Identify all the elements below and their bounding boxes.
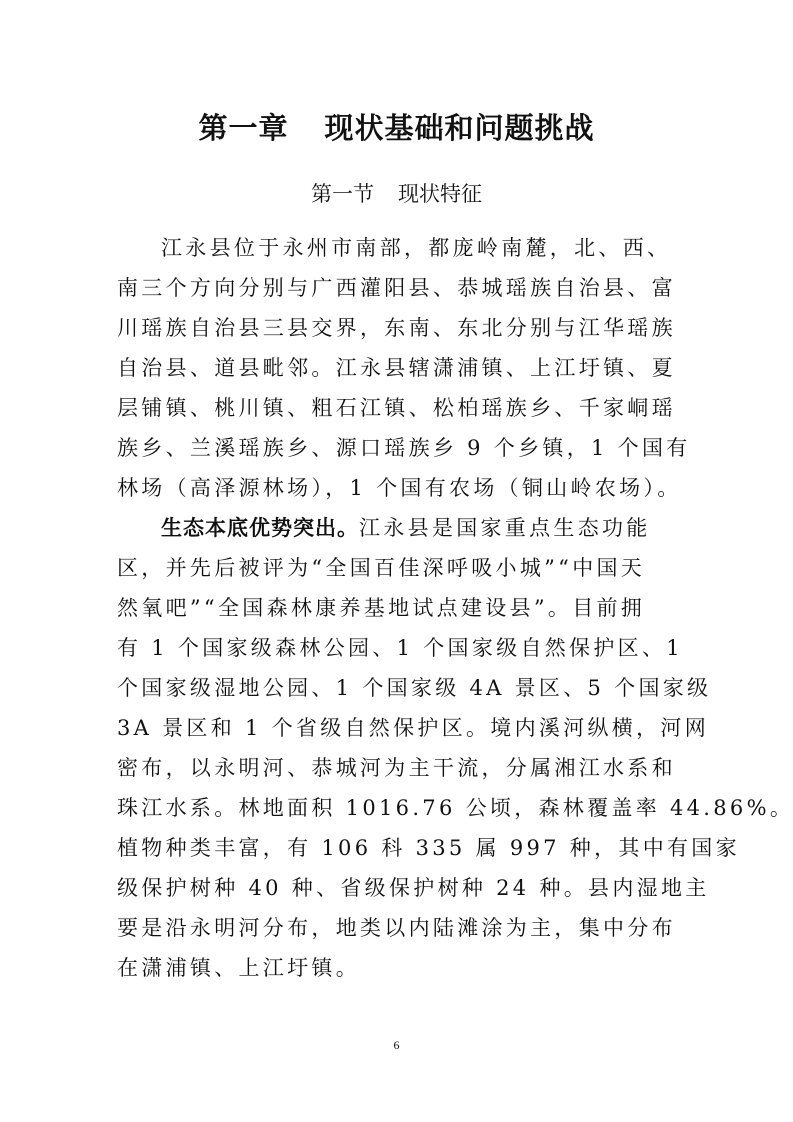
body-text: 江永县位于永州市南部，都庞岭南麓，北、西、 南三个方向分别与广西灌阳县、恭城瑶族… bbox=[117, 228, 679, 988]
text-line: 在潇浦镇、上江圩镇。 bbox=[117, 948, 679, 988]
chapter-number: 第一章 bbox=[198, 111, 288, 145]
section-name: 现状特征 bbox=[398, 182, 482, 206]
section-title: 第一节现状特征 bbox=[0, 178, 793, 208]
text-line: 族乡、兰溪瑶族乡、源口瑶族乡 9 个乡镇，1 个国有 bbox=[117, 428, 679, 468]
page-number: 6 bbox=[0, 1038, 793, 1053]
text-line: 区，并先后被评为“全国百佳深呼吸小城”“中国天 bbox=[117, 548, 679, 588]
text-line: 珠江水系。林地面积 1016.76 公顷，森林覆盖率 44.86%。 bbox=[117, 788, 679, 828]
text-line: 要是沿永明河分布，地类以内陆滩涂为主，集中分布 bbox=[117, 908, 679, 948]
text-line: 个国家级湿地公园、1 个国家级 4A 景区、5 个国家级 bbox=[117, 668, 679, 708]
chapter-title: 第一章现状基础和问题挑战 bbox=[0, 106, 793, 147]
text-line: 林场（高泽源林场），1 个国有农场（铜山岭农场）。 bbox=[117, 468, 679, 508]
text-line: 自治县、道县毗邻。江永县辖潇浦镇、上江圩镇、夏 bbox=[117, 348, 679, 388]
text-line: 3A 景区和 1 个省级自然保护区。境内溪河纵横，河网 bbox=[117, 708, 679, 748]
text-line: 植物种类丰富，有 106 科 335 属 997 种，其中有国家 bbox=[117, 828, 679, 868]
text-line: 川瑶族自治县三县交界，东南、东北分别与江华瑶族 bbox=[117, 308, 679, 348]
paragraph-lead-heading: 生态本底优势突出。 bbox=[161, 516, 359, 540]
text-line: 南三个方向分别与广西灌阳县、恭城瑶族自治县、富 bbox=[117, 268, 679, 308]
section-number: 第一节 bbox=[311, 182, 374, 206]
chapter-name: 现状基础和问题挑战 bbox=[325, 111, 595, 145]
text-line: 然氧吧”“全国森林康养基地试点建设县”。目前拥 bbox=[117, 588, 679, 628]
paragraph-ecology: 生态本底优势突出。江永县是国家重点生态功能 区，并先后被评为“全国百佳深呼吸小城… bbox=[117, 508, 679, 988]
paragraph-location: 江永县位于永州市南部，都庞岭南麓，北、西、 南三个方向分别与广西灌阳县、恭城瑶族… bbox=[117, 228, 679, 508]
text-line: 层铺镇、桃川镇、粗石江镇、松柏瑶族乡、千家峒瑶 bbox=[117, 388, 679, 428]
text-line: 级保护树种 40 种、省级保护树种 24 种。县内湿地主 bbox=[117, 868, 679, 908]
text-line: 生态本底优势突出。江永县是国家重点生态功能 bbox=[117, 508, 679, 548]
text-line: 江永县位于永州市南部，都庞岭南麓，北、西、 bbox=[117, 228, 679, 268]
text-line-rest: 江永县是国家重点生态功能 bbox=[359, 516, 651, 540]
text-line: 密布，以永明河、恭城河为主干流，分属湘江水系和 bbox=[117, 748, 679, 788]
text-line: 有 1 个国家级森林公园、1 个国家级自然保护区、1 bbox=[117, 628, 679, 668]
